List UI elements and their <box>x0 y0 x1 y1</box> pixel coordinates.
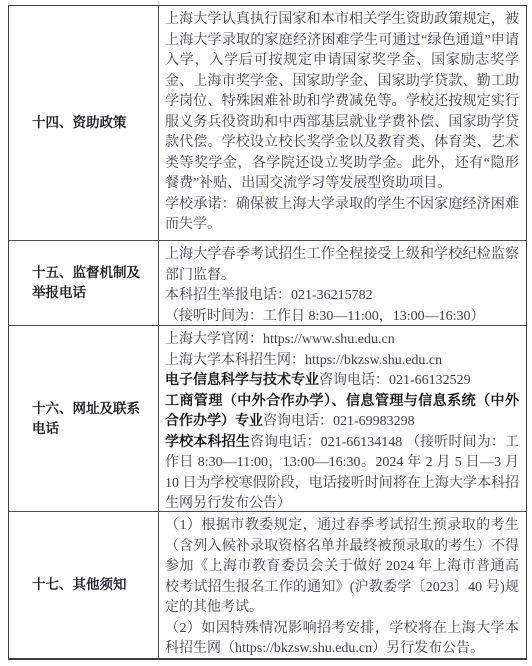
note-item-1: （1）根据市教委规定，通过春季考试招生预录取的考生（含列入候补录取资格名单并最终… <box>165 516 519 619</box>
admissions-phone-line: 学校本科招生咨询电话：021-66134148 （接听时间为：工作日 8:30—… <box>165 433 519 513</box>
major-phone-line: 工商管理（中外合作办学）、信息管理与信息系统（中外合作办学）专业咨询电话：021… <box>165 392 519 433</box>
row-label-other-notes: 十七、其他须知 <box>9 512 159 658</box>
admissions-info-table: 十四、资助政策 上海大学认真执行国家和本市相关学生资助政策规定，被上海大学录取的… <box>8 5 527 660</box>
row-label-funding-policy: 十四、资助政策 <box>9 6 159 241</box>
document-page: 十四、资助政策 上海大学认真执行国家和本市相关学生资助政策规定，被上海大学录取的… <box>0 0 532 666</box>
official-site-line: 上海大学官网：https://www.shu.edu.cn <box>165 330 519 351</box>
row-content-other-notes: （1）根据市教委规定，通过春季考试招生预录取的考生（含列入候补录取资格名单并最终… <box>159 512 526 658</box>
row-label-supervision: 十五、监督机制及举报电话 <box>9 241 159 326</box>
phone-hours-line: （接听时间为：工作日 8:30—11:00，13:00—16:30） <box>165 307 519 327</box>
section-title: 十五、监督机制及举报电话 <box>32 263 153 303</box>
row-label-contacts: 十六、网址及联系电话 <box>9 326 159 512</box>
section-title: 十六、网址及联系电话 <box>32 399 153 439</box>
paragraph: 上海大学认真执行国家和本市相关学生资助政策规定，被上海大学录取的家庭经济困难学生… <box>165 10 519 195</box>
row-content-contacts: 上海大学官网：https://www.shu.edu.cn 上海大学本科招生网：… <box>159 326 526 512</box>
row-content-supervision: 上海大学春季考试招生工作全程接受上级和学校纪检监察部门监督。 本科招生举报电话：… <box>159 241 526 326</box>
admissions-site-line: 上海大学本科招生网：https://bkzsw.shu.edu.cn <box>165 351 519 372</box>
note-item-2: （2）如因特殊情况影响招考安排，学校将在上海大学本科招生网（https://bk… <box>165 619 519 659</box>
report-phone-line: 本科招生举报电话：021-36215782 <box>165 286 519 307</box>
paragraph: 上海大学春季考试招生工作全程接受上级和学校纪检监察部门监督。 <box>165 245 519 286</box>
major-phone-line: 电子信息科学与技术专业咨询电话：021-66132529 <box>165 371 519 392</box>
paragraph: 学校承诺：确保被上海大学录取的学生不因家庭经济困难而失学。 <box>165 195 519 236</box>
section-title: 十七、其他须知 <box>32 575 127 595</box>
section-title: 十四、资助政策 <box>32 113 127 133</box>
row-content-funding-policy: 上海大学认真执行国家和本市相关学生资助政策规定，被上海大学录取的家庭经济困难学生… <box>159 6 526 241</box>
